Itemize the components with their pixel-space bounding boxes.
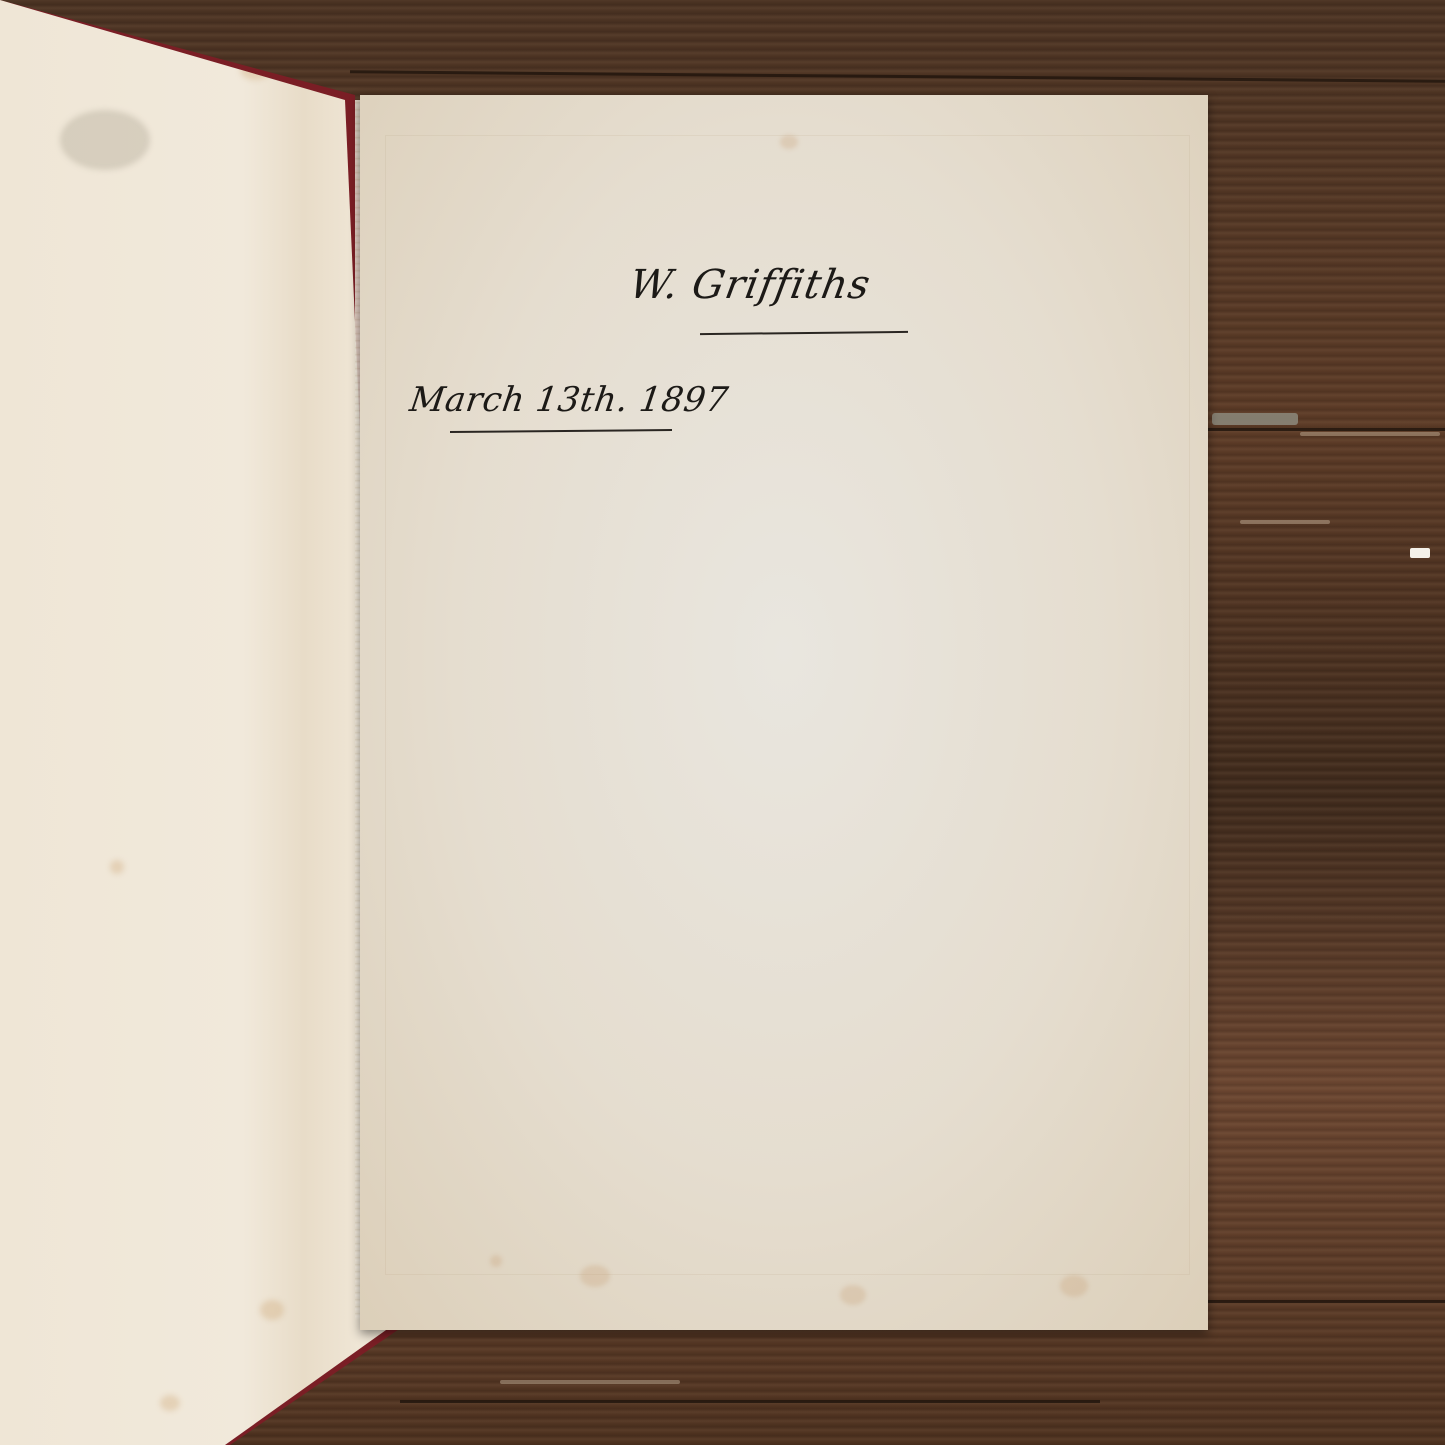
- foxing-spot: [160, 1395, 180, 1411]
- foxing-spot: [110, 860, 124, 874]
- wood-grain-crack: [1205, 1300, 1445, 1303]
- owner-signature: W. Griffiths: [626, 262, 874, 308]
- metal-clip: [1212, 413, 1298, 425]
- wood-worn-patch: [1240, 520, 1330, 524]
- inscription-date: March 13th. 1897: [407, 380, 731, 420]
- foxing-spot: [60, 110, 150, 170]
- wood-grain-crack: [400, 1400, 1100, 1403]
- foxing-spot: [840, 1285, 866, 1305]
- foxing-spot: [580, 1265, 610, 1287]
- wood-worn-patch: [1300, 432, 1440, 436]
- inside-cover-pastedown: [0, 0, 405, 1445]
- foxing-spot: [490, 1255, 502, 1267]
- foxing-spot: [1060, 1275, 1088, 1297]
- wood-grain-crack: [350, 70, 1445, 83]
- foxing-spot: [780, 135, 798, 149]
- foxing-spot: [260, 1300, 284, 1320]
- wood-worn-patch: [500, 1380, 680, 1384]
- wood-grain-crack: [1205, 428, 1445, 431]
- wood-chip-mark: [1410, 548, 1430, 558]
